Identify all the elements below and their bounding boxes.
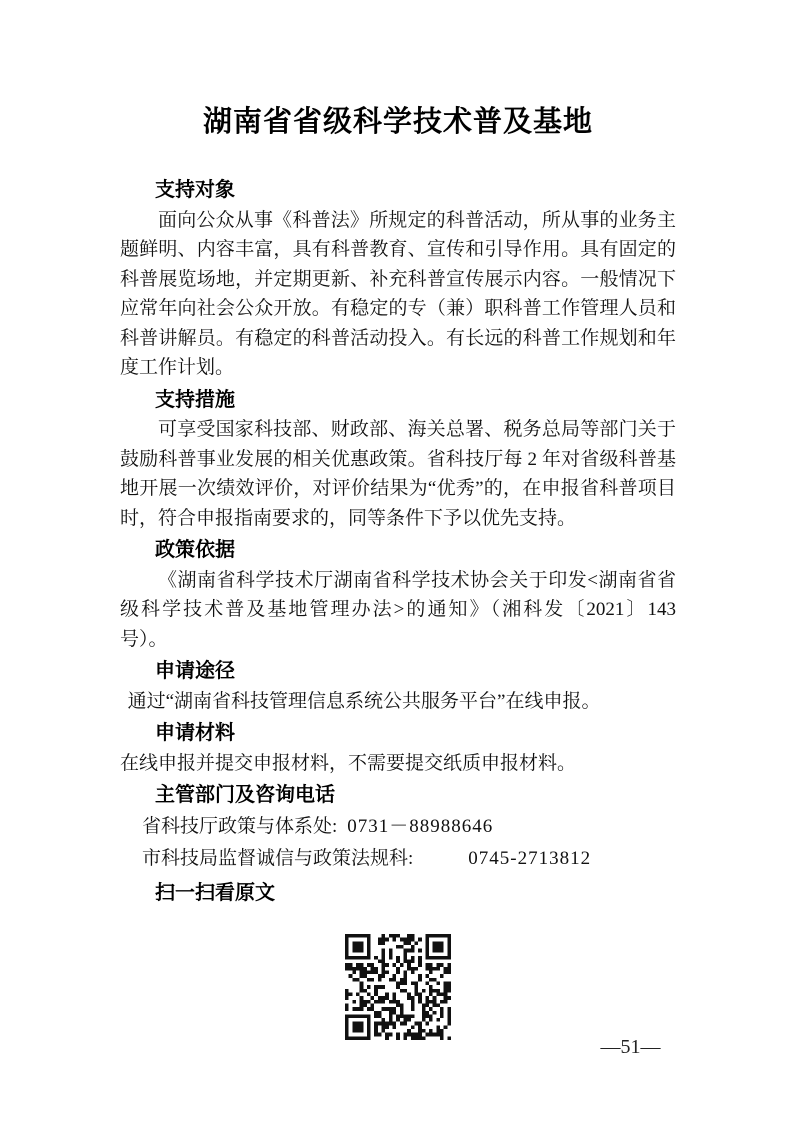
qr-code-icon: [345, 934, 451, 1040]
paragraph-support-target: 面向公众从事《科普法》所规定的科普活动，所从事的业务主题鲜明、内容丰富，具有科普…: [120, 206, 676, 383]
page-title: 湖南省省级科学技术普及基地: [120, 99, 676, 140]
paragraph-application-materials: 在线申报并提交申报材料，不需要提交纸质申报材料。: [120, 749, 676, 779]
qr-container: [120, 934, 676, 1040]
contact-label: 市科技局监督诚信与政策法规科:: [142, 848, 413, 869]
heading-application-materials: 申请材料: [120, 719, 676, 749]
heading-contacts: 主管部门及咨询电话: [120, 781, 676, 811]
heading-application-channel: 申请途径: [120, 657, 676, 687]
contact-row-provincial: 省科技厅政策与体系处:0731－88988646: [120, 811, 676, 844]
contact-label: 省科技厅政策与体系处:: [142, 816, 337, 837]
paragraph-application-channel: 通过“湖南省科技管理信息系统公共服务平台”在线申报。: [120, 687, 676, 717]
heading-policy-basis: 政策依据: [120, 536, 676, 566]
heading-support-measures: 支持措施: [120, 386, 676, 416]
page-number: —51—: [601, 1036, 661, 1058]
document-page: 湖南省省级科学技术普及基地 支持对象 面向公众从事《科普法》所规定的科普活动，所…: [0, 0, 793, 1122]
document-content: 湖南省省级科学技术普及基地 支持对象 面向公众从事《科普法》所规定的科普活动，所…: [120, 0, 676, 1040]
contact-row-municipal: 市科技局监督诚信与政策法规科:0745-2713812: [120, 843, 676, 876]
heading-scan-original: 扫一扫看原文: [120, 879, 676, 909]
paragraph-support-measures: 可享受国家科技部、财政部、海关总署、税务总局等部门关于鼓励科普事业发展的相关优惠…: [120, 415, 676, 533]
contact-phone: 0745-2713812: [468, 848, 591, 869]
heading-support-target: 支持对象: [120, 176, 676, 206]
page-footer: —51—: [0, 1036, 793, 1059]
contact-phone: 0731－88988646: [347, 816, 493, 837]
paragraph-policy-basis: 《湖南省科学技术厅湖南省科学技术协会关于印发<湖南省省级科学技术普及基地管理办法…: [120, 566, 676, 655]
